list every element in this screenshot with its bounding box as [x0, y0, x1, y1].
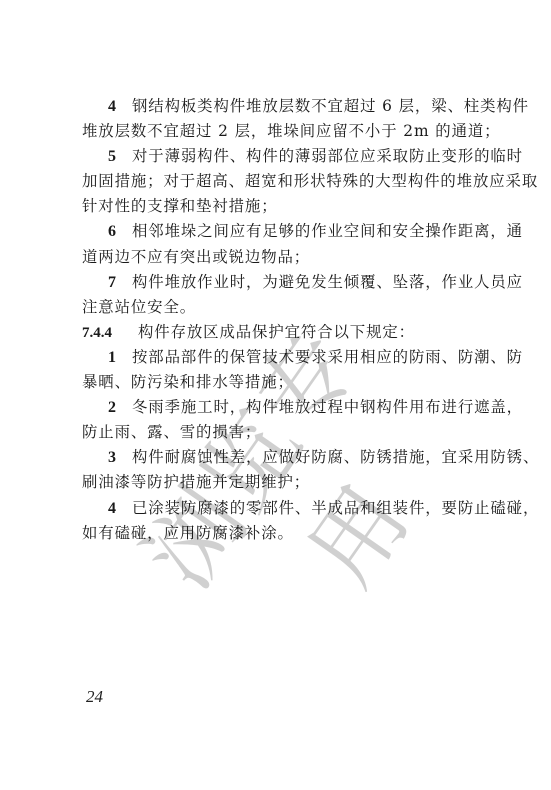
list-item-continuation: 针对性的支撑和垫衬措施； [82, 194, 474, 219]
list-item-continuation: 加固措施；对于超高、超宽和形状特殊的大型构件的堆放应采取 [82, 169, 474, 194]
clause-text: 构件存放区成品保护宜符合以下规定： [138, 323, 415, 341]
item-text: 冬雨季施工时，构件堆放过程中钢构件用布进行遮盖， [132, 398, 523, 416]
item-number: 3 [108, 445, 132, 470]
page-number: 24 [86, 687, 103, 707]
item-number: 1 [108, 345, 132, 370]
item-text: 构件堆放作业时，为避免发生倾覆、坠落，作业人员应 [132, 273, 523, 291]
list-item-start: 3构件耐腐蚀性差，应做好防腐、防锈措施，宜采用防锈、 [82, 445, 474, 470]
item-text: 对于薄弱构件、构件的薄弱部位应采取防止变形的临时 [132, 147, 523, 165]
list-item-start: 7构件堆放作业时，为避免发生倾覆、坠落，作业人员应 [82, 270, 474, 295]
item-text: 按部品部件的保管技术要求采用相应的防雨、防潮、防 [132, 348, 523, 366]
item-number: 7 [108, 270, 132, 295]
list-item-continuation: 刷油漆等防护措施并定期维护； [82, 470, 474, 495]
list-item-start: 5对于薄弱构件、构件的薄弱部位应采取防止变形的临时 [82, 144, 474, 169]
list-item-continuation: 堆放层数不宜超过 2 层，堆垛间应留不小于 2m 的通道； [82, 119, 474, 144]
item-text: 构件耐腐蚀性差，应做好防腐、防锈措施，宜采用防锈、 [132, 448, 539, 466]
list-item-continuation: 防止雨、露、雪的损害； [82, 420, 474, 445]
item-number: 5 [108, 144, 132, 169]
item-number: 4 [108, 94, 132, 119]
item-number: 4 [108, 496, 132, 521]
list-item-continuation: 如有磕碰，应用防腐漆补涂。 [82, 521, 474, 546]
list-item-continuation: 道两边不应有突出或锐边物品； [82, 245, 474, 270]
clause-number: 7.4.4 [82, 321, 138, 346]
list-item-start: 2冬雨季施工时，构件堆放过程中钢构件用布进行遮盖， [82, 395, 474, 420]
item-number: 6 [108, 219, 132, 244]
item-number: 2 [108, 395, 132, 420]
item-text: 已涂装防腐漆的零部件、半成品和组装件，要防止磕碰， [132, 499, 539, 517]
clause-heading: 7.4.4构件存放区成品保护宜符合以下规定： [82, 320, 474, 345]
list-item-start: 4钢结构板类构件堆放层数不宜超过 6 层，梁、柱类构件 [82, 94, 474, 119]
list-item-continuation: 暴晒、防污染和排水等措施； [82, 370, 474, 395]
item-text: 相邻堆垛之间应有足够的作业空间和安全操作距离，通 [132, 222, 523, 240]
list-item-start: 6相邻堆垛之间应有足够的作业空间和安全操作距离，通 [82, 219, 474, 244]
list-item-start: 4已涂装防腐漆的零部件、半成品和组装件，要防止磕碰， [82, 496, 474, 521]
list-item-continuation: 注意站位安全。 [82, 295, 474, 320]
list-item-start: 1按部品部件的保管技术要求采用相应的防雨、防潮、防 [82, 345, 474, 370]
body-text: 4钢结构板类构件堆放层数不宜超过 6 层，梁、柱类构件 堆放层数不宜超过 2 层… [82, 94, 474, 546]
document-page: 4钢结构板类构件堆放层数不宜超过 6 层，梁、柱类构件 堆放层数不宜超过 2 层… [0, 0, 551, 790]
item-text: 钢结构板类构件堆放层数不宜超过 6 层，梁、柱类构件 [132, 97, 529, 115]
